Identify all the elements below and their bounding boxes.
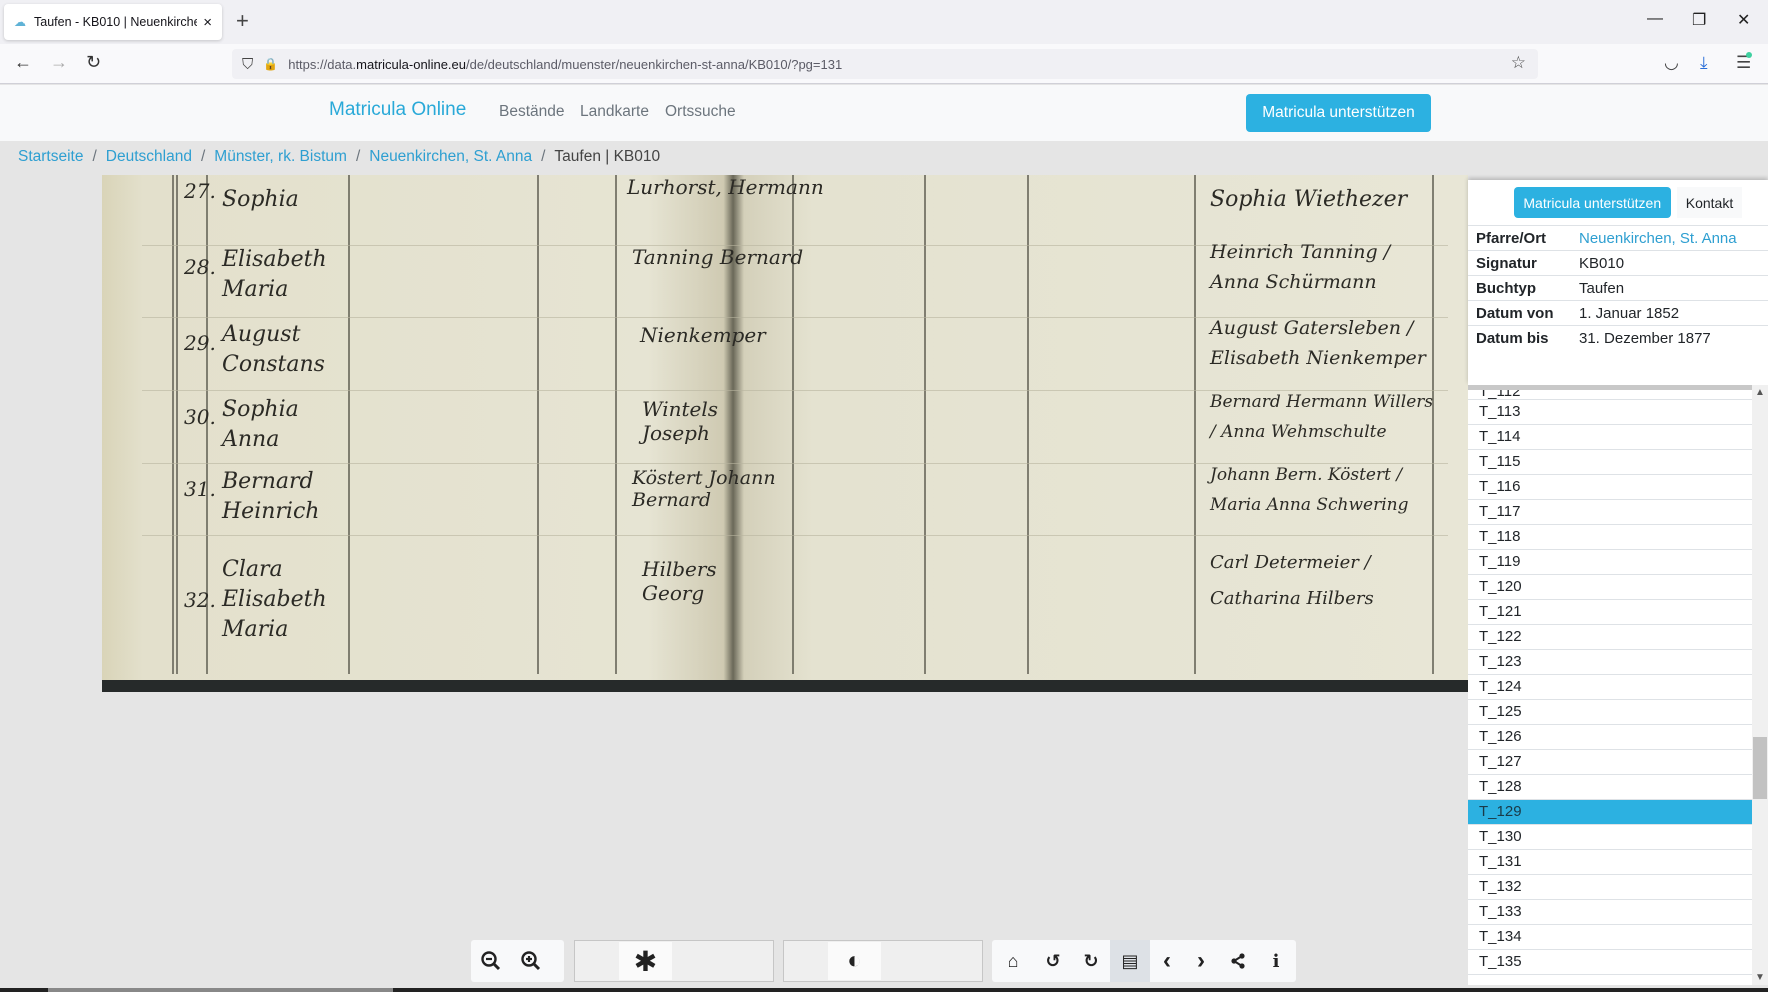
share-button[interactable]	[1218, 940, 1258, 982]
tab-close-icon[interactable]: ×	[203, 14, 212, 31]
url-path: /de/deutschland/muenster/neuenkirchen-st…	[466, 57, 842, 72]
brightness-icon[interactable]: ✱	[619, 942, 672, 980]
list-item[interactable]: T_121	[1468, 600, 1752, 625]
nav-link-bestaende[interactable]: Bestände	[499, 103, 565, 121]
page-horizontal-scrollbar[interactable]	[0, 988, 1768, 992]
bookmark-star-icon[interactable]: ☆	[1511, 53, 1526, 73]
nav-link-ortssuche[interactable]: Ortssuche	[665, 103, 736, 121]
list-item[interactable]: T_118	[1468, 525, 1752, 550]
list-item[interactable]: T_123	[1468, 650, 1752, 675]
list-item[interactable]: T_124	[1468, 675, 1752, 700]
list-item[interactable]: T_115	[1468, 450, 1752, 475]
list-item[interactable]: T_135	[1468, 950, 1752, 975]
list-item-selected[interactable]: T_129	[1468, 800, 1752, 825]
nav-link-landkarte[interactable]: Landkarte	[580, 103, 649, 121]
side-panel: Matricula unterstützen Kontakt Pfarre/Or…	[1468, 180, 1768, 992]
list-item[interactable]: T_131	[1468, 850, 1752, 875]
share-icon	[1230, 953, 1246, 969]
page-view-button[interactable]: ▤	[1110, 940, 1150, 982]
contrast-icon[interactable]: ◐	[828, 942, 881, 980]
home-icon: ⌂	[1008, 951, 1019, 972]
reload-button[interactable]: ↻	[86, 52, 101, 73]
list-item[interactable]: T_119	[1468, 550, 1752, 575]
favicon-icon: ☁	[14, 16, 28, 28]
rotate-right-icon: ↻	[1083, 951, 1098, 972]
url-prefix: https://data.	[288, 57, 356, 72]
page-view-icon: ▤	[1121, 951, 1138, 972]
pocket-icon[interactable]: ◡	[1664, 53, 1679, 73]
list-item[interactable]: T_127	[1468, 750, 1752, 775]
list-item[interactable]: T_126	[1468, 725, 1752, 750]
next-page-button[interactable]: ›	[1184, 940, 1218, 982]
breadcrumb: Startseite/Deutschland/Münster, rk. Bist…	[18, 148, 660, 166]
info-button[interactable]: i	[1258, 940, 1294, 982]
page-list-scrollbar[interactable]: ▲ ▼	[1752, 385, 1768, 985]
rotate-left-icon: ↺	[1045, 951, 1060, 972]
previous-page-button[interactable]: ‹	[1150, 940, 1184, 982]
brightness-slider[interactable]: ✱	[574, 940, 774, 982]
chevron-left-icon: ‹	[1163, 947, 1171, 975]
info-icon: i	[1273, 951, 1280, 972]
lock-icon[interactable]: 🔒	[263, 57, 278, 71]
update-dot-icon	[1746, 52, 1752, 58]
list-item[interactable]: T_120	[1468, 575, 1752, 600]
window-close-button[interactable]: ✕	[1737, 10, 1750, 30]
list-item[interactable]: T_114	[1468, 425, 1752, 450]
new-tab-button[interactable]: +	[236, 8, 249, 34]
list-item[interactable]: T_132	[1468, 875, 1752, 900]
list-item[interactable]: T_134	[1468, 925, 1752, 950]
list-item[interactable]: T_116	[1468, 475, 1752, 500]
scroll-up-icon[interactable]: ▲	[1755, 387, 1765, 398]
download-icon[interactable]: ⤓	[1700, 53, 1708, 73]
zoom-out-button[interactable]	[471, 940, 511, 982]
zoom-out-icon	[480, 950, 502, 972]
breadcrumb-neuenkirchen[interactable]: Neuenkirchen, St. Anna	[369, 148, 532, 165]
scanned-register-page[interactable]: 27. Sophia Lurhorst, Hermann Sophia Wiet…	[102, 175, 1468, 692]
book-metadata-table: Pfarre/OrtNeuenkirchen, St. Anna Signatu…	[1468, 225, 1768, 351]
chevron-right-icon: ›	[1197, 947, 1205, 975]
book-info-card: Matricula unterstützen Kontakt Pfarre/Or…	[1468, 180, 1768, 385]
panel-support-button[interactable]: Matricula unterstützen	[1514, 187, 1671, 218]
list-item[interactable]: T_125	[1468, 700, 1752, 725]
browser-tab-bar: ☁ Taufen - KB010 | Neuenkirchen, × + — ❐…	[0, 0, 1768, 44]
zoom-in-button[interactable]	[511, 940, 551, 982]
list-item[interactable]: T_130	[1468, 825, 1752, 850]
list-item[interactable]: T_122	[1468, 625, 1752, 650]
zoom-in-icon	[520, 950, 542, 972]
rotate-right-button[interactable]: ↻	[1072, 940, 1110, 982]
scroll-down-icon[interactable]: ▼	[1755, 972, 1765, 983]
scrollbar-thumb[interactable]	[1753, 737, 1767, 799]
parish-link[interactable]: Neuenkirchen, St. Anna	[1579, 230, 1737, 247]
url-domain: matricula-online.eu	[356, 57, 466, 72]
shield-icon[interactable]: ⛉	[242, 56, 253, 73]
forward-button[interactable]: →	[50, 52, 68, 73]
home-button[interactable]: ⌂	[992, 940, 1034, 982]
breadcrumb-muenster[interactable]: Münster, rk. Bistum	[214, 148, 347, 165]
scrollbar-thumb[interactable]	[48, 988, 393, 992]
list-item[interactable]: T_113	[1468, 400, 1752, 425]
contact-button[interactable]: Kontakt	[1677, 187, 1742, 218]
list-item[interactable]: T_112	[1468, 390, 1752, 400]
restore-button[interactable]: ❐	[1692, 10, 1706, 30]
browser-tab-active[interactable]: ☁ Taufen - KB010 | Neuenkirchen, ×	[4, 4, 222, 40]
site-navbar: Matricula Online Bestände Landkarte Orts…	[0, 85, 1768, 141]
list-item[interactable]: T_128	[1468, 775, 1752, 800]
contrast-slider[interactable]: ◐	[783, 940, 983, 982]
browser-toolbar: ← → ↻ ⛉ 🔒 https://data.matricula-online.…	[0, 44, 1768, 84]
breadcrumb-current: Taufen | KB010	[554, 148, 660, 165]
brand-logo[interactable]: Matricula Online	[329, 99, 466, 121]
breadcrumb-deutschland[interactable]: Deutschland	[106, 148, 192, 165]
page-list[interactable]: T_112 T_113T_114T_115T_116T_117T_118T_11…	[1468, 385, 1752, 985]
navigation-controls: ⌂ ↺ ↻ ▤ ‹ › i	[992, 940, 1296, 982]
list-item[interactable]: T_133	[1468, 900, 1752, 925]
list-item[interactable]: T_117	[1468, 500, 1752, 525]
minimize-button[interactable]: —	[1647, 10, 1663, 28]
support-button[interactable]: Matricula unterstützen	[1246, 94, 1431, 132]
back-button[interactable]: ←	[14, 52, 32, 73]
rotate-left-button[interactable]: ↺	[1034, 940, 1072, 982]
address-bar[interactable]: ⛉ 🔒 https://data.matricula-online.eu/de/…	[232, 49, 1538, 79]
tab-title: Taufen - KB010 | Neuenkirchen,	[34, 15, 197, 29]
zoom-controls	[471, 940, 564, 982]
breadcrumb-startseite[interactable]: Startseite	[18, 148, 83, 165]
